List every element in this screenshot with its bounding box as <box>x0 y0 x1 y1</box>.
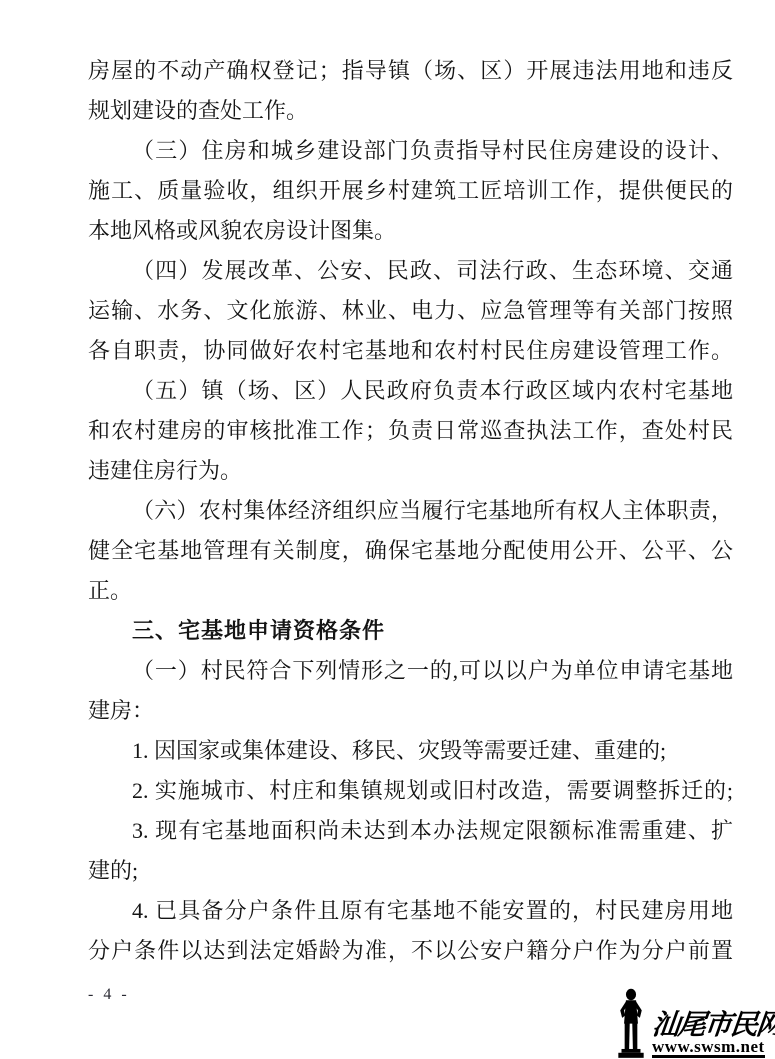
section-heading: 三、宅基地申请资格条件 <box>88 611 733 651</box>
document-line: 规划建设的查处工作。 <box>88 91 733 131</box>
watermark-site-url: www.swsm.net <box>652 1038 765 1058</box>
document-line: 违建住房行为。 <box>88 451 733 491</box>
document-page: 房屋的不动产确权登记；指导镇（场、区）开展违法用地和违反规划建设的查处工作。（三… <box>0 0 775 1059</box>
document-line: 建房： <box>88 691 733 731</box>
document-line: 正。 <box>88 571 733 611</box>
document-line: 施工、质量验收，组织开展乡村建筑工匠培训工作，提供便民的 <box>88 171 733 211</box>
document-line: （三）住房和城乡建设部门负责指导村民住房建设的设计、 <box>88 131 733 171</box>
page-number: - 4 - <box>88 986 130 1004</box>
document-line: 健全宅基地管理有关制度，确保宅基地分配使用公开、公平、公 <box>88 531 733 571</box>
document-line: 房屋的不动产确权登记；指导镇（场、区）开展违法用地和违反 <box>88 51 733 91</box>
watermark-site-name: 汕尾市民网 <box>651 1012 775 1040</box>
document-line: （四）发展改革、公安、民政、司法行政、生态环境、交通 <box>88 251 733 291</box>
document-line: 运输、水务、文化旅游、林业、电力、应急管理等有关部门按照 <box>88 291 733 331</box>
document-line: 2. 实施城市、村庄和集镇规划或旧村改造，需要调整拆迁的; <box>88 771 733 811</box>
document-line: 建的; <box>88 851 733 891</box>
document-line: 分户条件以达到法定婚龄为准，不以公安户籍分户作为分户前置 <box>88 931 733 971</box>
document-line: （六）农村集体经济组织应当履行宅基地所有权人主体职责， <box>88 491 733 531</box>
document-line: （一）村民符合下列情形之一的,可以以户为单位申请宅基地 <box>88 651 733 691</box>
site-watermark: 汕尾市民网 www.swsm.net <box>612 984 775 1058</box>
document-line: 和农村建房的审核批准工作；负责日常巡查执法工作，查处村民 <box>88 411 733 451</box>
person-silhouette-icon <box>612 988 650 1058</box>
document-line: 1. 因国家或集体建设、移民、灾毁等需要迁建、重建的; <box>88 731 733 771</box>
document-line: 各自职责，协同做好农村宅基地和农村村民住房建设管理工作。 <box>88 331 733 371</box>
document-line: 4. 已具备分户条件且原有宅基地不能安置的，村民建房用地 <box>88 891 733 931</box>
watermark-text-block: 汕尾市民网 www.swsm.net <box>652 1012 775 1058</box>
document-body: 房屋的不动产确权登记；指导镇（场、区）开展违法用地和违反规划建设的查处工作。（三… <box>88 51 733 971</box>
document-line: （五）镇（场、区）人民政府负责本行政区域内农村宅基地 <box>88 371 733 411</box>
document-line: 3. 现有宅基地面积尚未达到本办法规定限额标准需重建、扩 <box>88 811 733 851</box>
document-line: 本地风格或风貌农房设计图集。 <box>88 211 733 251</box>
